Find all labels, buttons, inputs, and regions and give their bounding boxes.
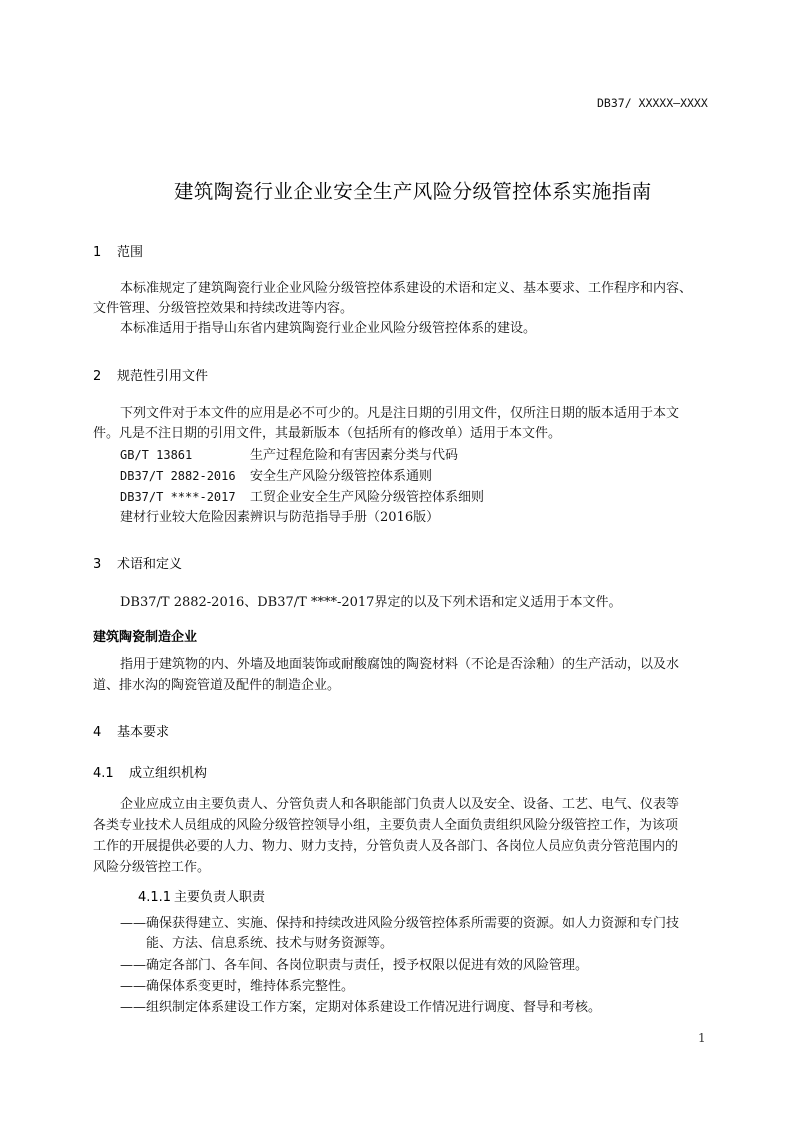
paragraph-line: 指用于建筑物的内、外墙及地面装饰或耐酸腐蚀的陶瓷材料（不论是否涂釉）的生产活动，… bbox=[120, 655, 679, 675]
responsibility-item: ——确保体系变更时，维持体系完整性。 bbox=[120, 977, 725, 997]
paragraph-line: 下列文件对于本文件的应用是必不可少的。凡是注日期的引用文件，仅所注日期的版本适用… bbox=[120, 404, 679, 424]
definition-intro: DB37/T 2882-2016、DB37/T ****-2017界定的以及下列… bbox=[120, 595, 621, 610]
paragraph-line: DB37/T 2882-2016、DB37/T ****-2017界定的以及下列… bbox=[120, 593, 621, 613]
section-number: 4 bbox=[93, 725, 117, 740]
paragraph-line: 企业应成立由主要负责人、分管负责人和各职能部门负责人以及安全、设备、工艺、电气、… bbox=[120, 795, 679, 815]
document-code: DB37/ XXXXX—XXXX bbox=[597, 96, 708, 110]
paragraph-line: 工作的开展提供必要的人力、物力、财力支持，分管负责人及各部门、各岗位人员应负责分… bbox=[93, 837, 678, 857]
section-number: 2 bbox=[93, 369, 117, 384]
reference-row: GB/T 13861生产过程危险和有害因素分类与代码 bbox=[120, 445, 458, 466]
subsection-4-1-heading: 4.1成立组织机构 bbox=[93, 762, 207, 781]
reference-row: DB37/T ****-2017工贸企业安全生产风险分级管控体系细则 bbox=[120, 487, 484, 508]
reference-code: GB/T 13861 bbox=[120, 445, 250, 465]
reference-code: DB37/T ****-2017 bbox=[120, 487, 250, 507]
subsection-title: 成立组织机构 bbox=[129, 766, 207, 781]
item-text: 确定各部门、各车间、各岗位职责与责任，授予权限以促进有效的风险管理。 bbox=[146, 958, 588, 973]
reference-name: 生产过程危险和有害因素分类与代码 bbox=[250, 448, 458, 463]
reference-code: DB37/T 2882-2016 bbox=[120, 466, 250, 486]
subsection-number: 4.1.1 bbox=[138, 890, 174, 905]
section-3-heading: 3术语和定义 bbox=[93, 553, 182, 572]
reference-name: 工贸企业安全生产风险分级管控体系细则 bbox=[250, 490, 484, 505]
subsection-title: 主要负责人职责 bbox=[174, 890, 265, 905]
section-title: 规范性引用文件 bbox=[117, 369, 208, 384]
responsibility-item: ——确定各部门、各车间、各岗位职责与责任，授予权限以促进有效的风险管理。 bbox=[120, 956, 725, 976]
subsection-4-1-1-heading: 4.1.1主要负责人职责 bbox=[138, 886, 265, 905]
dash-bullet: —— bbox=[120, 977, 146, 997]
item-text: 组织制定体系建设工作方案，定期对体系建设工作情况进行调度、督导和考核。 bbox=[146, 1000, 601, 1015]
dash-bullet: —— bbox=[120, 998, 146, 1018]
item-text: 确保获得建立、实施、保持和持续改进风险分级管控体系所需要的资源。如人力资源和专门… bbox=[146, 916, 679, 931]
term-heading: 建筑陶瓷制造企业 bbox=[93, 626, 197, 645]
dash-bullet: —— bbox=[120, 956, 146, 976]
dash-bullet: —— bbox=[120, 914, 146, 934]
section-title: 基本要求 bbox=[117, 725, 169, 740]
paragraph-line: 件。凡是不注日期的引用文件，其最新版本（包括所有的修改单）适用于本文件。 bbox=[93, 424, 561, 444]
paragraph-line: 本标准适用于指导山东省内建筑陶瓷行业企业风险分级管控体系的建设。 bbox=[120, 319, 536, 339]
section-2-heading: 2规范性引用文件 bbox=[93, 365, 208, 384]
responsibility-item: ——确保获得建立、实施、保持和持续改进风险分级管控体系所需要的资源。如人力资源和… bbox=[120, 914, 725, 954]
subsection-number: 4.1 bbox=[93, 766, 129, 781]
section-number: 3 bbox=[93, 557, 117, 572]
section-title: 范围 bbox=[117, 245, 143, 260]
section-title: 术语和定义 bbox=[117, 557, 182, 572]
section-number: 1 bbox=[93, 245, 117, 260]
item-text: 确保体系变更时，维持体系完整性。 bbox=[146, 979, 354, 994]
page-number: 1 bbox=[698, 1031, 706, 1045]
item-text-continued: 能、方法、信息系统、技术与财务资源等。 bbox=[120, 934, 725, 954]
section-4-heading: 4基本要求 bbox=[93, 721, 169, 740]
responsibility-item: ——组织制定体系建设工作方案，定期对体系建设工作情况进行调度、督导和考核。 bbox=[120, 998, 725, 1018]
paragraph-line: 道、排水沟的陶瓷管道及配件的制造企业。 bbox=[93, 676, 340, 696]
paragraph-line: 风险分级管控工作。 bbox=[93, 858, 210, 878]
reference-row: DB37/T 2882-2016安全生产风险分级管控体系通则 bbox=[120, 466, 432, 487]
section-1-heading: 1范围 bbox=[93, 241, 143, 260]
reference-row: 建材行业较大危险因素辨识与防范指导手册（2016版） bbox=[120, 508, 439, 528]
paragraph-line: 各类专业技术人员组成的风险分级管控领导小组，主要负责人全面负责组织风险分级管控工… bbox=[93, 816, 678, 836]
reference-name: 安全生产风险分级管控体系通则 bbox=[250, 469, 432, 484]
paragraph-line: 本标准规定了建筑陶瓷行业企业风险分级管控体系建设的术语和定义、基本要求、工作程序… bbox=[120, 279, 692, 299]
document-title: 建筑陶瓷行业企业安全生产风险分级管控体系实施指南 bbox=[174, 176, 652, 204]
paragraph-line: 文件管理、分级管控效果和持续改进等内容。 bbox=[93, 299, 353, 319]
